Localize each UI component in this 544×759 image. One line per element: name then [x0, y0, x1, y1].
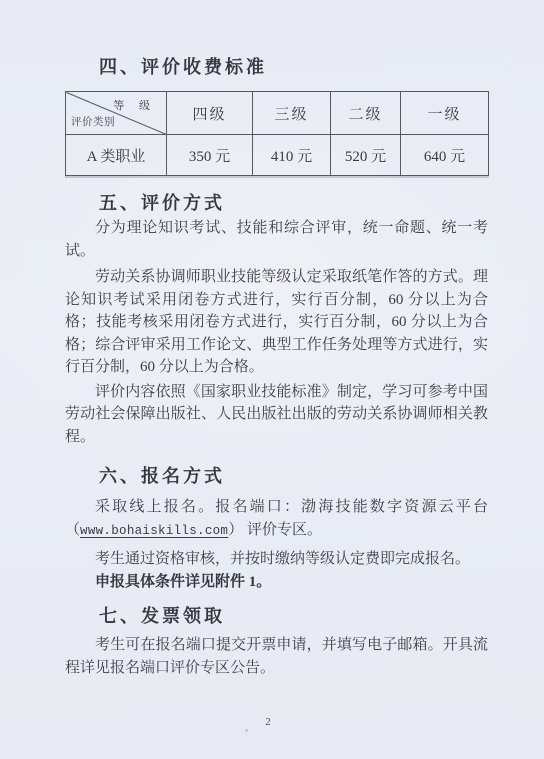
scanned-document-page: 四、评价收费标准 等 级 评价类别 四级 三级 二级 一 — [0, 0, 544, 759]
paragraph-qualification-audit: 考生通过资格审核，并按时缴纳等级认定费即完成报名。 — [65, 548, 488, 571]
fee-cell-level2: 520 元 — [331, 135, 401, 176]
paragraph-attachment-note: 申报具体条件详见附件 1。 — [65, 571, 488, 594]
fee-table: 等 级 评价类别 四级 三级 二级 一级 A 类职业 350 元 410 元 5… — [65, 91, 489, 176]
column-header-level2: 二级 — [331, 92, 401, 135]
column-header-level1: 一级 — [401, 92, 489, 135]
fee-table-corner-cell: 等 级 评价类别 — [66, 92, 167, 135]
fee-table-header-row: 等 级 评价类别 四级 三级 二级 一级 — [66, 92, 489, 135]
column-header-level3: 三级 — [253, 92, 331, 135]
paragraph-exam-content: 评价内容依照《国家职业技能标准》制定，学习可参考中国劳动社会保障出版社、人民出版… — [65, 381, 488, 449]
column-header-level4: 四级 — [167, 92, 253, 135]
fee-cell-level1: 640 元 — [401, 135, 489, 176]
corner-label-grade: 等 级 — [113, 97, 156, 113]
paragraph-exam-format: 劳动关系协调师职业技能等级认定采取纸笔作答的方式。理论知识考试采用闭卷方式进行，… — [65, 266, 488, 379]
portal-url-link: www.bohaiskills.com — [80, 524, 228, 538]
portal-text-suffix: ） 评价专区。 — [228, 522, 322, 538]
page-number: 2 — [0, 716, 540, 728]
scan-speck — [245, 729, 248, 732]
fee-cell-level4: 350 元 — [167, 135, 253, 176]
section-heading-fee-standard: 四、评价收费标准 — [65, 57, 488, 78]
section-heading-evaluation-method: 五、评价方式 — [65, 193, 488, 214]
section-heading-invoice: 七、发票领取 — [65, 606, 488, 627]
paragraph-registration-portal: 采取线上报名。报名端口：渤海技能数字资源云平台（www.bohaiskills.… — [65, 496, 488, 542]
paragraph-invoice-process: 考生可在报名端口提交开票申请，并填写电子邮箱。开具流程详见报名端口评价专区公告。 — [65, 634, 488, 679]
row-category-cell: A 类职业 — [66, 135, 167, 176]
fee-table-row: A 类职业 350 元 410 元 520 元 640 元 — [66, 135, 489, 176]
document-content: 四、评价收费标准 等 级 评价类别 四级 三级 二级 一 — [65, 0, 488, 679]
paragraph-exam-overview: 分为理论知识考试、技能和综合评审，统一命题、统一考试。 — [65, 217, 488, 262]
fee-cell-level3: 410 元 — [253, 135, 331, 176]
corner-label-category: 评价类别 — [71, 114, 115, 129]
section-heading-registration: 六、报名方式 — [65, 466, 488, 487]
